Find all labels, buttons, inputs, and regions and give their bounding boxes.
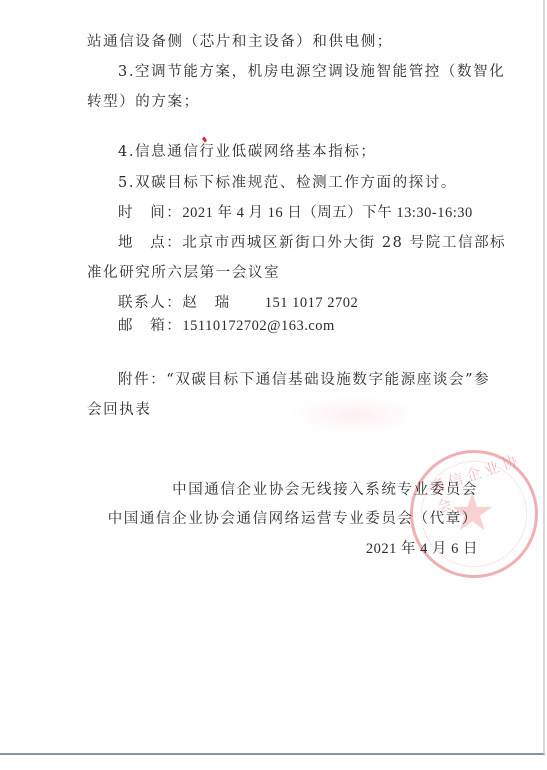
time-value: 2021 年 4 月 16 日（周五）下午 13:30-16:30 [182, 205, 472, 221]
email-label: 邮 箱： [118, 318, 182, 334]
contact-phone: 151 1017 2702 [265, 295, 359, 311]
attachment-line-2: 会回执表 [87, 400, 151, 420]
body-line-1: 站通信设备侧（芯片和主设备）和供电侧； [87, 32, 393, 52]
meeting-time: 时 间：2021 年 4 月 16 日（周五）下午 13:30-16:30 [118, 203, 473, 223]
signature-date: 2021 年 4 月 6 日 [366, 539, 478, 559]
email-value: 15110172702@163.com [182, 318, 334, 334]
contact-label: 联系人： [118, 295, 182, 311]
document-page: 站通信设备侧（芯片和主设备）和供电侧； 3.空调节能方案，机房电源空调设施智能管… [0, 0, 545, 755]
meeting-email: 邮 箱：15110172702@163.com [118, 316, 335, 336]
body-line-item-5: 5.双碳目标下标准规范、检测工作方面的探讨。 [118, 173, 457, 193]
attachment-line-1: 附件：“双碳目标下通信基础设施数字能源座谈会”参 [118, 370, 490, 390]
body-line-item-3: 3.空调节能方案，机房电源空调设施智能管控（数智化 [118, 62, 505, 82]
meeting-place-cont: 准化研究所六层第一会议室 [87, 263, 280, 283]
contact-name: 赵 瑞 [182, 295, 230, 311]
meeting-place: 地 点：北京市西城区新街口外大街 28 号院工信部标 [118, 233, 506, 253]
body-line-item-3-cont: 转型）的方案； [87, 92, 200, 112]
meeting-contact: 联系人：赵 瑞151 1017 2702 [118, 293, 358, 313]
place-label: 地 点： [118, 235, 182, 251]
signature-org-2: 中国通信企业协会通信网络运营专业委员会（代章） [108, 509, 478, 529]
faint-stamp-bleed [290, 395, 420, 435]
time-label: 时 间： [118, 205, 182, 221]
signature-org-1: 中国通信企业协会无线接入系统专业委员会 [172, 480, 478, 500]
place-value: 北京市西城区新街口外大街 28 号院工信部标 [182, 235, 506, 251]
body-line-item-4: 4.信息通信行业低碳网络基本指标； [118, 142, 377, 162]
